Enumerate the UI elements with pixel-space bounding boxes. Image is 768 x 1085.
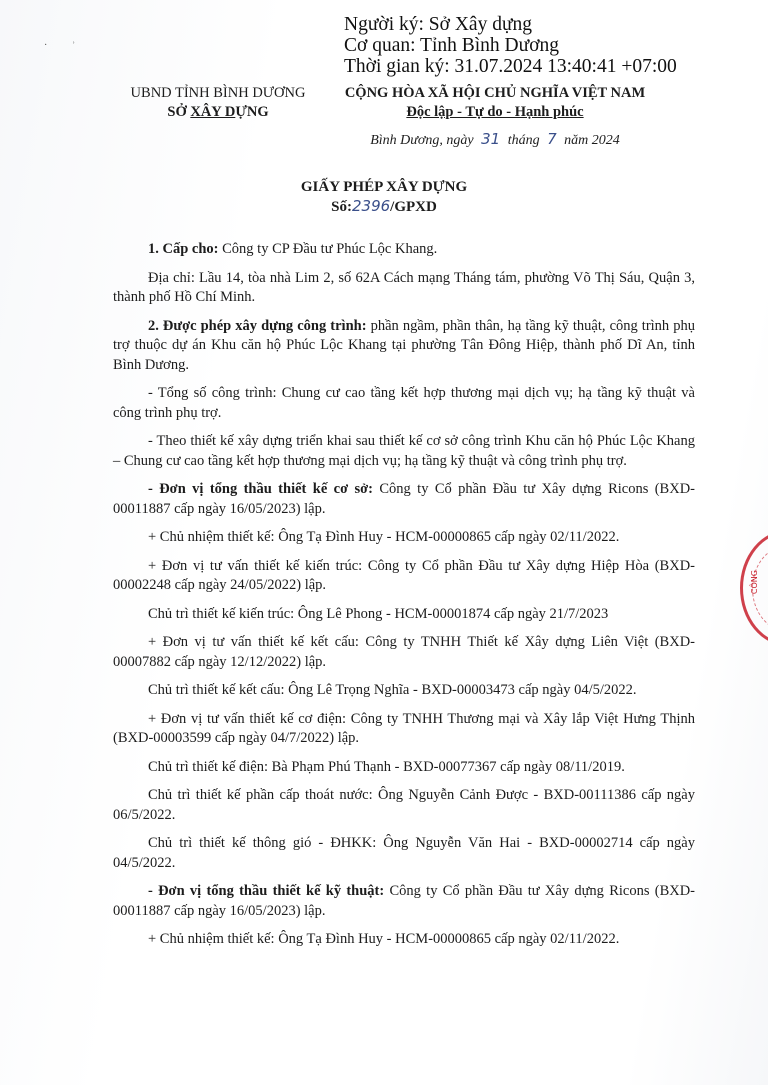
document-page: · ˒ Người ký: Sở Xây dựng Cơ quan: Tỉnh … [0, 0, 768, 1085]
paragraph-label: 1. Cấp cho: [148, 241, 219, 257]
paragraph: Chủ trì thiết kế thông gió - ĐHKK: Ông N… [113, 834, 695, 873]
paragraph: + Chủ nhiệm thiết kế: Ông Tạ Đình Huy - … [113, 930, 695, 950]
paragraph: + Chủ nhiệm thiết kế: Ông Tạ Đình Huy - … [113, 528, 695, 548]
paragraph-text: Chủ trì thiết kế thông gió - ĐHKK: Ông N… [113, 835, 695, 871]
paragraph-text: + Chủ nhiệm thiết kế: Ông Tạ Đình Huy - … [148, 931, 619, 947]
dept-underlined: XÂY D [190, 104, 235, 120]
paragraph-label: - Đơn vị tổng thầu thiết kế cơ sở: [148, 481, 373, 497]
dept-prefix: SỞ [167, 104, 190, 120]
paragraph-text: Chủ trì thiết kế phần cấp thoát nước: Ôn… [113, 787, 695, 823]
paragraph-text: + Đơn vị tư vấn thiết kế kiến trúc: Công… [113, 558, 695, 594]
paragraph-text: Chủ trì thiết kế kết cấu: Ông Lê Trọng N… [148, 682, 637, 698]
seal-text: CÔNG [750, 570, 759, 594]
paragraph: 2. Được phép xây dựng công trình: phần n… [113, 317, 695, 376]
paragraph: - Đơn vị tổng thầu thiết kế cơ sở: Công … [113, 480, 695, 519]
title-heading: GIẤY PHÉP XÂY DỰNG [0, 178, 768, 197]
document-title: GIẤY PHÉP XÂY DỰNG Số:2396/GPXD [0, 178, 768, 217]
document-body: 1. Cấp cho: Công ty CP Đầu tư Phúc Lộc K… [113, 240, 695, 959]
date-month-label: tháng [508, 133, 540, 148]
paragraph: 1. Cấp cho: Công ty CP Đầu tư Phúc Lộc K… [113, 240, 695, 260]
scan-speck: ˒ [72, 36, 75, 47]
paragraph: - Tổng số công trình: Chung cư cao tầng … [113, 384, 695, 423]
paragraph-text: Chủ trì thiết kế điện: Bà Phạm Phú Thạnh… [148, 759, 625, 775]
paragraph: Chủ trì thiết kế điện: Bà Phạm Phú Thạnh… [113, 758, 695, 778]
handwritten-month: 7 [543, 130, 561, 148]
paragraph: Chủ trì thiết kế kết cấu: Ông Lê Trọng N… [113, 681, 695, 701]
number-suffix: /GPXD [390, 199, 437, 215]
document-number: Số:2396/GPXD [0, 197, 768, 217]
paragraph-text: - Theo thiết kế xây dựng triển khai sau … [113, 433, 695, 469]
paragraph: - Theo thiết kế xây dựng triển khai sau … [113, 432, 695, 471]
paragraph-text: + Đơn vị tư vấn thiết kế kết cấu: Công t… [113, 634, 695, 670]
paragraph-text: Chủ trì thiết kế kiến trúc: Ông Lê Phong… [148, 606, 608, 622]
paragraph-text: Công ty CP Đầu tư Phúc Lộc Khang. [219, 241, 438, 257]
paragraph-text: Địa chỉ: Lầu 14, tòa nhà Lim 2, số 62A C… [113, 270, 695, 306]
national-header: CỘNG HÒA XÃ HỘI CHỦ NGHĨA VIỆT NAM Độc l… [330, 84, 660, 150]
signature-time: Thời gian ký: 31.07.2024 13:40:41 +07:00 [344, 56, 677, 77]
paragraph: + Đơn vị tư vấn thiết kế kết cấu: Công t… [113, 633, 695, 672]
place-date-line: Bình Dương, ngày 31 tháng 7 năm 2024 [330, 130, 660, 150]
paragraph: Địa chỉ: Lầu 14, tòa nhà Lim 2, số 62A C… [113, 269, 695, 308]
paragraph: + Đơn vị tư vấn thiết kế cơ điện: Công t… [113, 710, 695, 749]
paragraph-label: - Đơn vị tổng thầu thiết kế kỹ thuật: [148, 883, 384, 899]
handwritten-number: 2396 [352, 197, 390, 215]
signature-agency: Cơ quan: Tỉnh Bình Dương [344, 35, 677, 56]
paragraph-text: + Đơn vị tư vấn thiết kế cơ điện: Công t… [113, 711, 695, 747]
date-prefix: Bình Dương, ngày [370, 133, 473, 148]
paragraph-text: - Tổng số công trình: Chung cư cao tầng … [113, 385, 695, 421]
issuing-authority: UBND TỈNH BÌNH DƯƠNG SỞ XÂY DỰNG [112, 84, 324, 122]
authority-org: UBND TỈNH BÌNH DƯƠNG [112, 84, 324, 103]
handwritten-day: 31 [477, 130, 504, 148]
paragraph: Chủ trì thiết kế kiến trúc: Ông Lê Phong… [113, 605, 695, 625]
paragraph: + Đơn vị tư vấn thiết kế kiến trúc: Công… [113, 557, 695, 596]
paragraph-text: + Chủ nhiệm thiết kế: Ông Tạ Đình Huy - … [148, 529, 619, 545]
authority-dept: SỞ XÂY DỰNG [112, 103, 324, 122]
paragraph-label: 2. Được phép xây dựng công trình: [148, 318, 367, 334]
paragraph: - Đơn vị tổng thầu thiết kế kỹ thuật: Cô… [113, 882, 695, 921]
digital-signature-block: Người ký: Sở Xây dựng Cơ quan: Tỉnh Bình… [344, 14, 677, 77]
signature-signer: Người ký: Sở Xây dựng [344, 14, 677, 35]
number-prefix: Số: [331, 199, 352, 215]
paragraph: Chủ trì thiết kế phần cấp thoát nước: Ôn… [113, 786, 695, 825]
dept-suffix: ỰNG [235, 104, 268, 120]
scan-speck: · [44, 40, 47, 51]
nation-name: CỘNG HÒA XÃ HỘI CHỦ NGHĨA VIỆT NAM [330, 84, 660, 103]
national-motto: Độc lập - Tự do - Hạnh phúc [330, 103, 660, 122]
date-year: năm 2024 [564, 133, 620, 148]
